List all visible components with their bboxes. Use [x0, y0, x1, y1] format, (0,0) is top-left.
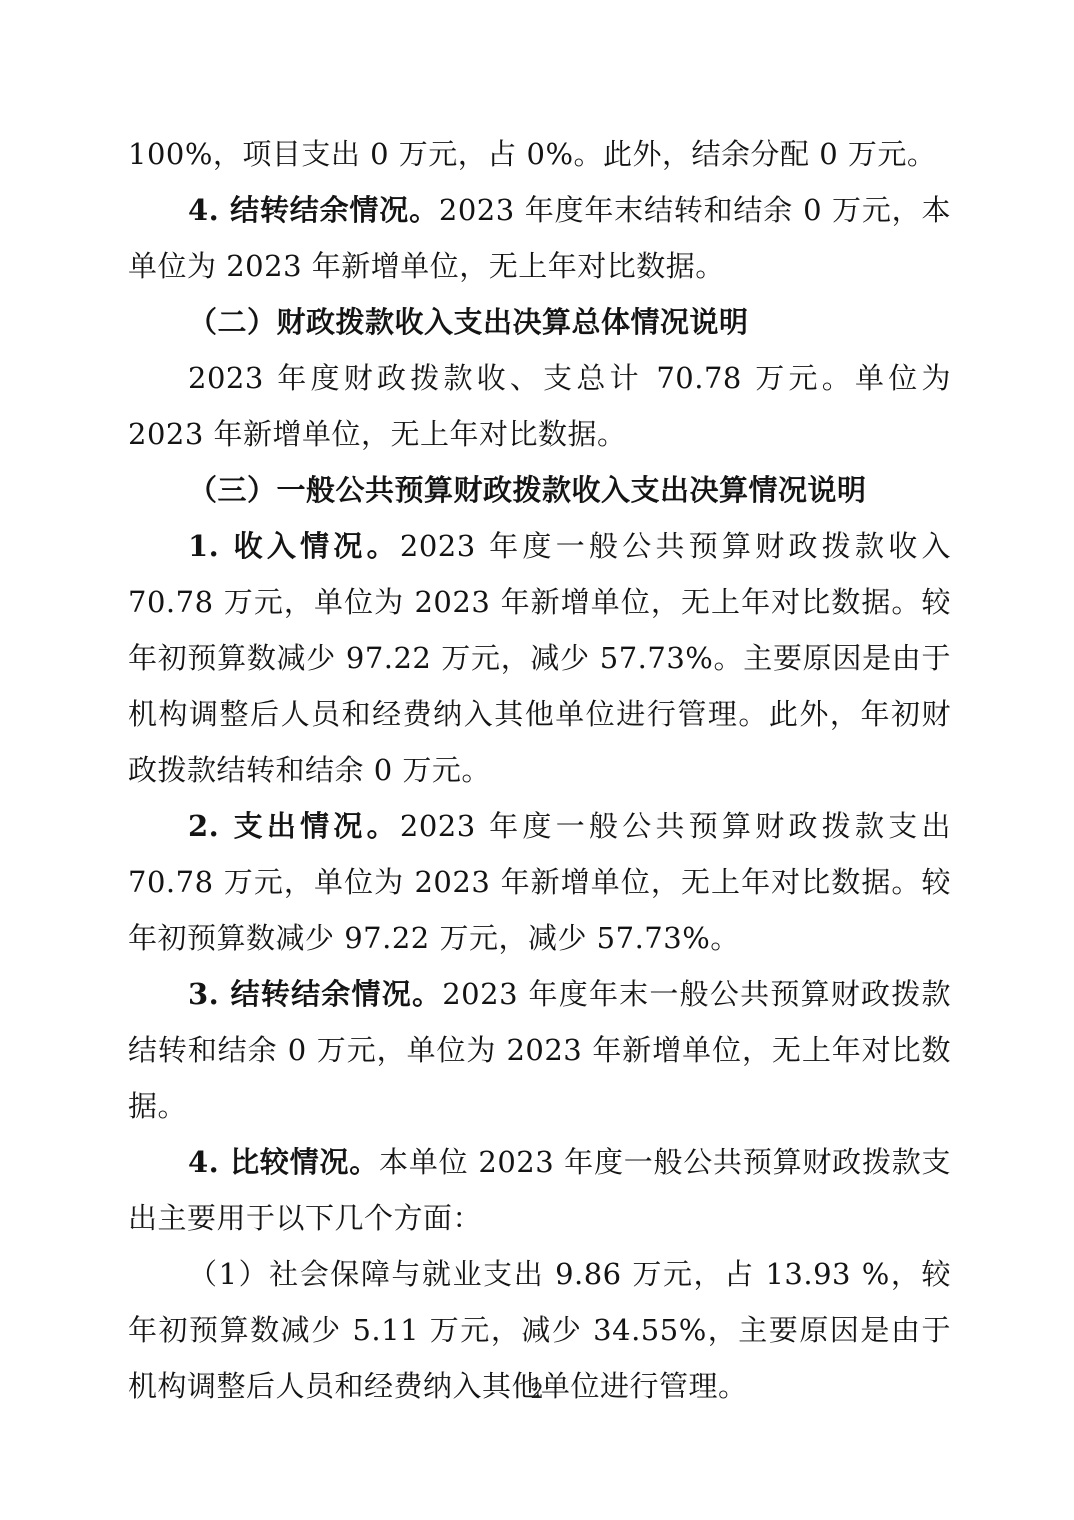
heading-text: （二）财政拨款收入支出决算总体情况说明	[188, 305, 749, 339]
paragraph-carryover-detail: 3. 结转结余情况。2023 年度年末一般公共预算财政拨款结转和结余 0 万元，…	[128, 966, 951, 1134]
paragraph-lead: 4. 比较情况。	[188, 1145, 379, 1179]
paragraph-lead: 4. 结转结余情况。	[188, 193, 439, 227]
paragraph-lead: 1. 收入情况。	[188, 529, 400, 563]
paragraph-expenditure: 2. 支出情况。2023 年度一般公共预算财政拨款支出 70.78 万元，单位为…	[128, 798, 951, 966]
paragraph-income: 1. 收入情况。2023 年度一般公共预算财政拨款收入 70.78 万元，单位为…	[128, 518, 951, 798]
paragraph-carryover-summary: 4. 结转结余情况。2023 年度年末结转和结余 0 万元，本单位为 2023 …	[128, 182, 951, 294]
paragraph-text: 2023 年度财政拨款收、支总计 70.78 万元。单位为 2023 年新增单位…	[128, 361, 951, 451]
paragraph-comparison: 4. 比较情况。本单位 2023 年度一般公共预算财政拨款支出主要用于以下几个方…	[128, 1134, 951, 1246]
section-heading-3: （三）一般公共预算财政拨款收入支出决算情况说明	[128, 462, 951, 518]
section-heading-2: （二）财政拨款收入支出决算总体情况说明	[128, 294, 951, 350]
document-body: 100%，项目支出 0 万元，占 0%。此外，结余分配 0 万元。 4. 结转结…	[128, 126, 951, 1414]
paragraph-continuation: 100%，项目支出 0 万元，占 0%。此外，结余分配 0 万元。	[128, 126, 951, 182]
paragraph-lead: 3. 结转结余情况。	[188, 977, 442, 1011]
page-number: 2	[0, 1376, 1074, 1406]
document-page: 100%，项目支出 0 万元，占 0%。此外，结余分配 0 万元。 4. 结转结…	[0, 0, 1074, 1520]
heading-text: （三）一般公共预算财政拨款收入支出决算情况说明	[188, 473, 867, 507]
paragraph-fiscal-total: 2023 年度财政拨款收、支总计 70.78 万元。单位为 2023 年新增单位…	[128, 350, 951, 462]
paragraph-text: 2023 年度一般公共预算财政拨款收入 70.78 万元，单位为 2023 年新…	[128, 529, 951, 787]
paragraph-lead: 2. 支出情况。	[188, 809, 400, 843]
paragraph-text: 100%，项目支出 0 万元，占 0%。此外，结余分配 0 万元。	[128, 137, 936, 171]
